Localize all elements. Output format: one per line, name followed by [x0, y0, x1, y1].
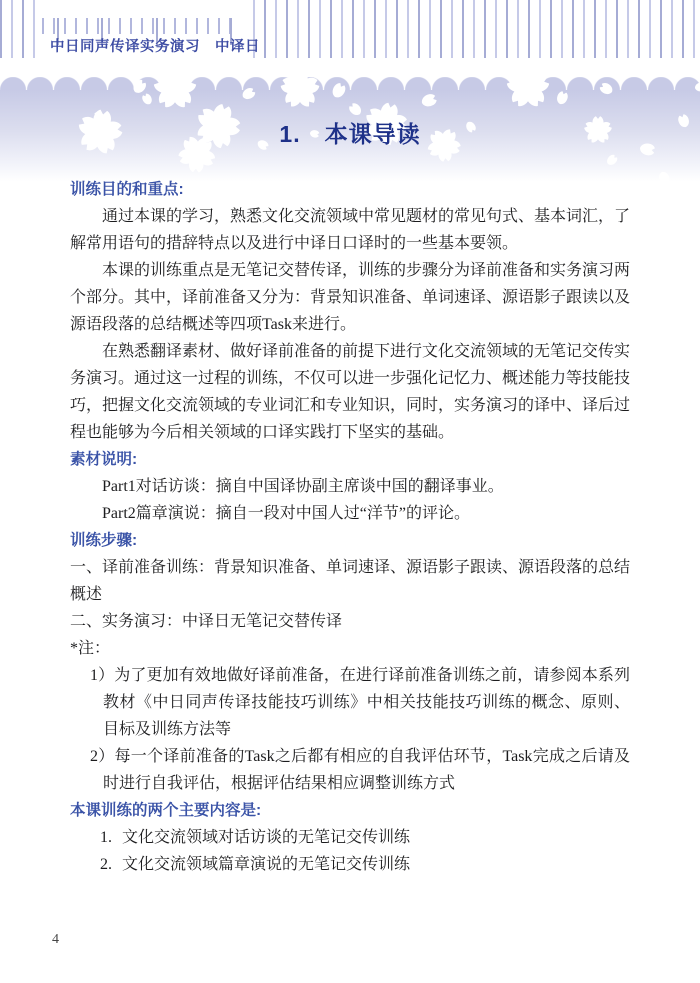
item-text: 文化交流领域篇章演说的无笔记交传训练	[122, 851, 410, 878]
page-content: 训练目的和重点: 通过本课的学习，熟悉文化交流领域中常见题材的常见句式、基本词汇…	[0, 0, 700, 878]
material-item: Part2篇章演说：摘自一段对中国人过“洋节”的评论。	[70, 500, 630, 527]
paragraph: 在熟悉翻译素材、做好译前准备的前提下进行文化交流领域的无笔记交传实务演习。通过这…	[70, 338, 630, 446]
item-text: 文化交流领域对话访谈的无笔记交传训练	[122, 824, 410, 851]
list-item: 2. 文化交流领域篇章演说的无笔记交传训练	[100, 851, 630, 878]
paragraph: 本课的训练重点是无笔记交替传译，训练的步骤分为译前准备和实务演习两个部分。其中，…	[70, 257, 630, 338]
paragraph: 通过本课的学习，熟悉文化交流领域中常见题材的常见句式、基本词汇，了解常用语句的措…	[70, 203, 630, 257]
note-number: 2）	[90, 748, 115, 765]
section-heading: 训练目的和重点:	[70, 176, 630, 203]
note-label: *注：	[70, 635, 630, 662]
section-heading: 本课训练的两个主要内容是:	[70, 797, 630, 824]
note-item: 1）为了更加有效地做好译前准备，在进行译前准备训练之前，请参阅本系列教材《中日同…	[70, 662, 630, 743]
item-number: 2.	[100, 851, 122, 878]
section-heading: 训练步骤:	[70, 527, 630, 554]
item-number: 1.	[100, 824, 122, 851]
note-text: 为了更加有效地做好译前准备，在进行译前准备训练之前，请参阅本系列教材《中日同声传…	[103, 667, 630, 738]
section-heading: 素材说明:	[70, 446, 630, 473]
note-item: 2）每一个译前准备的Task之后都有相应的自我评估环节，Task完成之后请及时进…	[70, 743, 630, 797]
textbook-page: 中日同声传译实务演习 中译日	[0, 0, 700, 983]
step-item: 二、实务演习：中译日无笔记交替传译	[70, 608, 630, 635]
section-training-steps: 训练步骤: 一、译前准备训练：背景知识准备、单词速译、源语影子跟读、源语段落的总…	[70, 527, 630, 797]
section-main-contents: 本课训练的两个主要内容是: 1. 文化交流领域对话访谈的无笔记交传训练 2. 文…	[70, 797, 630, 878]
material-item: Part1对话访谈：摘自中国译协副主席谈中国的翻译事业。	[70, 473, 630, 500]
section-training-goals: 训练目的和重点: 通过本课的学习，熟悉文化交流领域中常见题材的常见句式、基本词汇…	[70, 176, 630, 446]
list-item: 1. 文化交流领域对话访谈的无笔记交传训练	[100, 824, 630, 851]
step-item: 一、译前准备训练：背景知识准备、单词速译、源语影子跟读、源语段落的总结概述	[70, 554, 630, 608]
section-materials: 素材说明: Part1对话访谈：摘自中国译协副主席谈中国的翻译事业。 Part2…	[70, 446, 630, 527]
page-number: 4	[52, 932, 59, 948]
note-number: 1）	[90, 667, 114, 684]
note-text: 每一个译前准备的Task之后都有相应的自我评估环节，Task完成之后请及时进行自…	[103, 748, 630, 792]
